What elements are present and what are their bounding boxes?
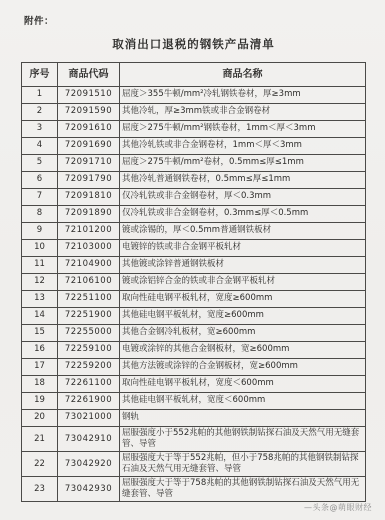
table-row: 7 72091810 仅冷轧铁或非合金钢卷材，厚＜0.3mm [22, 189, 366, 206]
product-name-cell: 电镀锌的铁或非合金钢平板轧材 [120, 240, 366, 257]
product-code-cell: 72091710 [58, 155, 120, 172]
product-code-cell: 72091790 [58, 172, 120, 189]
table-row: 11 72104900 其他镀或涂锌普通钢铁板材 [22, 257, 366, 274]
table-row: 5 72091710 屈度＞275牛顿/mm²卷材，0.5mm≤厚≤1mm [22, 155, 366, 172]
product-code-cell: 72091810 [58, 189, 120, 206]
product-name-cell: 取向性硅电钢平板轧材，宽度≥600mm [120, 291, 366, 308]
table-row: 12 72106100 镀或涂铝锌合金的铁或非合金钢平板轧材 [22, 274, 366, 291]
watermark-text: —头条@萌眼财经 [304, 502, 372, 513]
serial-number-cell: 3 [22, 121, 58, 138]
product-code-cell: 72101200 [58, 223, 120, 240]
header-serial-number: 序号 [22, 63, 58, 87]
serial-number-cell: 21 [22, 427, 58, 452]
table-row: 8 72091890 仅冷轧铁或非合金钢卷材，0.3mm≤厚＜0.5mm [22, 206, 366, 223]
serial-number-cell: 6 [22, 172, 58, 189]
table-row: 13 72251100 取向性硅电钢平板轧材，宽度≥600mm [22, 291, 366, 308]
table-row: 6 72091790 其他冷轧普通钢铁卷材，0.5mm≤厚≤1mm [22, 172, 366, 189]
product-name-cell: 屈度＞275牛顿/mm²卷材，0.5mm≤厚≤1mm [120, 155, 366, 172]
serial-number-cell: 4 [22, 138, 58, 155]
product-code-cell: 73042930 [58, 477, 120, 502]
table-body: 1 72091510 屈度＞355牛顿/mm²冷轧钢铁卷材，厚≥3mm 2 72… [22, 87, 366, 502]
product-name-cell: 屈服强度大于等于758兆帕的其他钢铁制钻探石油及天然气用无缝套管、导管 [120, 477, 366, 502]
product-code-cell: 72251900 [58, 308, 120, 325]
serial-number-cell: 10 [22, 240, 58, 257]
product-name-cell: 仅冷轧铁或非合金钢卷材，厚＜0.3mm [120, 189, 366, 206]
table-row: 15 72255000 其他合金钢冷轧板材，宽≥600mm [22, 325, 366, 342]
product-code-cell: 72261100 [58, 376, 120, 393]
product-name-cell: 其他合金钢冷轧板材，宽≥600mm [120, 325, 366, 342]
table-row: 17 72259200 其他方法镀或涂锌的合金钢板材，宽≥600mm [22, 359, 366, 376]
page-title: 取消出口退税的钢铁产品清单 [21, 36, 366, 52]
product-table: 序号 商品代码 商品名称 1 72091510 屈度＞355牛顿/mm²冷轧钢铁… [21, 62, 366, 502]
header-product-name: 商品名称 [120, 63, 366, 87]
product-name-cell: 钢轨 [120, 410, 366, 427]
serial-number-cell: 5 [22, 155, 58, 172]
serial-number-cell: 7 [22, 189, 58, 206]
product-code-cell: 72251100 [58, 291, 120, 308]
table-row: 2 72091590 其他冷轧，厚≥3mm铁或非合金钢卷材 [22, 104, 366, 121]
product-name-cell: 其他硅电钢平板轧材，宽度＜600mm [120, 393, 366, 410]
serial-number-cell: 2 [22, 104, 58, 121]
serial-number-cell: 16 [22, 342, 58, 359]
product-name-cell: 其他冷轧铁或非合金钢卷材，1mm＜厚＜3mm [120, 138, 366, 155]
attachment-label: 附件： [24, 13, 54, 27]
product-code-cell: 73042920 [58, 452, 120, 477]
serial-number-cell: 11 [22, 257, 58, 274]
serial-number-cell: 18 [22, 376, 58, 393]
table-row: 16 72259100 电镀或涂锌的其他合金钢板材，宽≥600mm [22, 342, 366, 359]
serial-number-cell: 9 [22, 223, 58, 240]
product-name-cell: 屈度＞355牛顿/mm²冷轧钢铁卷材，厚≥3mm [120, 87, 366, 104]
table-header: 序号 商品代码 商品名称 [22, 63, 366, 87]
table-header-row: 序号 商品代码 商品名称 [22, 63, 366, 87]
serial-number-cell: 15 [22, 325, 58, 342]
serial-number-cell: 23 [22, 477, 58, 502]
product-code-cell: 72104900 [58, 257, 120, 274]
serial-number-cell: 1 [22, 87, 58, 104]
product-name-cell: 屈服强度大于等于552兆帕，但小于758兆帕的其他钢铁制钻探石油及天然气用无缝套… [120, 452, 366, 477]
product-name-cell: 取向性硅电钢平板轧材，宽度＜600mm [120, 376, 366, 393]
scanned-page: 附件： 取消出口退税的钢铁产品清单 序号 商品代码 商品名称 1 7209151… [0, 0, 385, 520]
table-row: 23 73042930 屈服强度大于等于758兆帕的其他钢铁制钻探石油及天然气用… [22, 477, 366, 502]
product-code-cell: 72091590 [58, 104, 120, 121]
product-name-cell: 屈度＞275牛顿/mm²钢铁卷材，1mm＜厚＜3mm [120, 121, 366, 138]
table-row: 20 73021000 钢轨 [22, 410, 366, 427]
product-name-cell: 其他冷轧，厚≥3mm铁或非合金钢卷材 [120, 104, 366, 121]
product-name-cell: 镀或涂锡的，厚＜0.5mm普通钢铁板材 [120, 223, 366, 240]
header-product-code: 商品代码 [58, 63, 120, 87]
serial-number-cell: 13 [22, 291, 58, 308]
serial-number-cell: 14 [22, 308, 58, 325]
product-code-cell: 72091610 [58, 121, 120, 138]
product-name-cell: 仅冷轧铁或非合金钢卷材，0.3mm≤厚＜0.5mm [120, 206, 366, 223]
product-code-cell: 72091510 [58, 87, 120, 104]
product-name-cell: 其他硅电钢平板轧材，宽度≥600mm [120, 308, 366, 325]
product-code-cell: 73021000 [58, 410, 120, 427]
product-name-cell: 电镀或涂锌的其他合金钢板材，宽≥600mm [120, 342, 366, 359]
product-code-cell: 72106100 [58, 274, 120, 291]
product-name-cell: 镀或涂铝锌合金的铁或非合金钢平板轧材 [120, 274, 366, 291]
table-row: 3 72091610 屈度＞275牛顿/mm²钢铁卷材，1mm＜厚＜3mm [22, 121, 366, 138]
table-row: 22 73042920 屈服强度大于等于552兆帕，但小于758兆帕的其他钢铁制… [22, 452, 366, 477]
product-name-cell: 其他方法镀或涂锌的合金钢板材，宽≥600mm [120, 359, 366, 376]
table-row: 14 72251900 其他硅电钢平板轧材，宽度≥600mm [22, 308, 366, 325]
product-code-cell: 72091890 [58, 206, 120, 223]
table-row: 9 72101200 镀或涂锡的，厚＜0.5mm普通钢铁板材 [22, 223, 366, 240]
product-name-cell: 其他冷轧普通钢铁卷材，0.5mm≤厚≤1mm [120, 172, 366, 189]
table-row: 1 72091510 屈度＞355牛顿/mm²冷轧钢铁卷材，厚≥3mm [22, 87, 366, 104]
product-code-cell: 73042910 [58, 427, 120, 452]
table-row: 10 72103000 电镀锌的铁或非合金钢平板轧材 [22, 240, 366, 257]
serial-number-cell: 17 [22, 359, 58, 376]
product-code-cell: 72255000 [58, 325, 120, 342]
table-row: 18 72261100 取向性硅电钢平板轧材，宽度＜600mm [22, 376, 366, 393]
table-row: 19 72261900 其他硅电钢平板轧材，宽度＜600mm [22, 393, 366, 410]
product-code-cell: 72261900 [58, 393, 120, 410]
serial-number-cell: 19 [22, 393, 58, 410]
product-name-cell: 屈服强度小于552兆帕的其他钢铁制钻探石油及天然气用无缝套管、导管 [120, 427, 366, 452]
product-name-cell: 其他镀或涂锌普通钢铁板材 [120, 257, 366, 274]
table-row: 4 72091690 其他冷轧铁或非合金钢卷材，1mm＜厚＜3mm [22, 138, 366, 155]
product-code-cell: 72091690 [58, 138, 120, 155]
serial-number-cell: 8 [22, 206, 58, 223]
product-code-cell: 72103000 [58, 240, 120, 257]
product-code-cell: 72259200 [58, 359, 120, 376]
serial-number-cell: 22 [22, 452, 58, 477]
product-code-cell: 72259100 [58, 342, 120, 359]
table-row: 21 73042910 屈服强度小于552兆帕的其他钢铁制钻探石油及天然气用无缝… [22, 427, 366, 452]
serial-number-cell: 20 [22, 410, 58, 427]
serial-number-cell: 12 [22, 274, 58, 291]
